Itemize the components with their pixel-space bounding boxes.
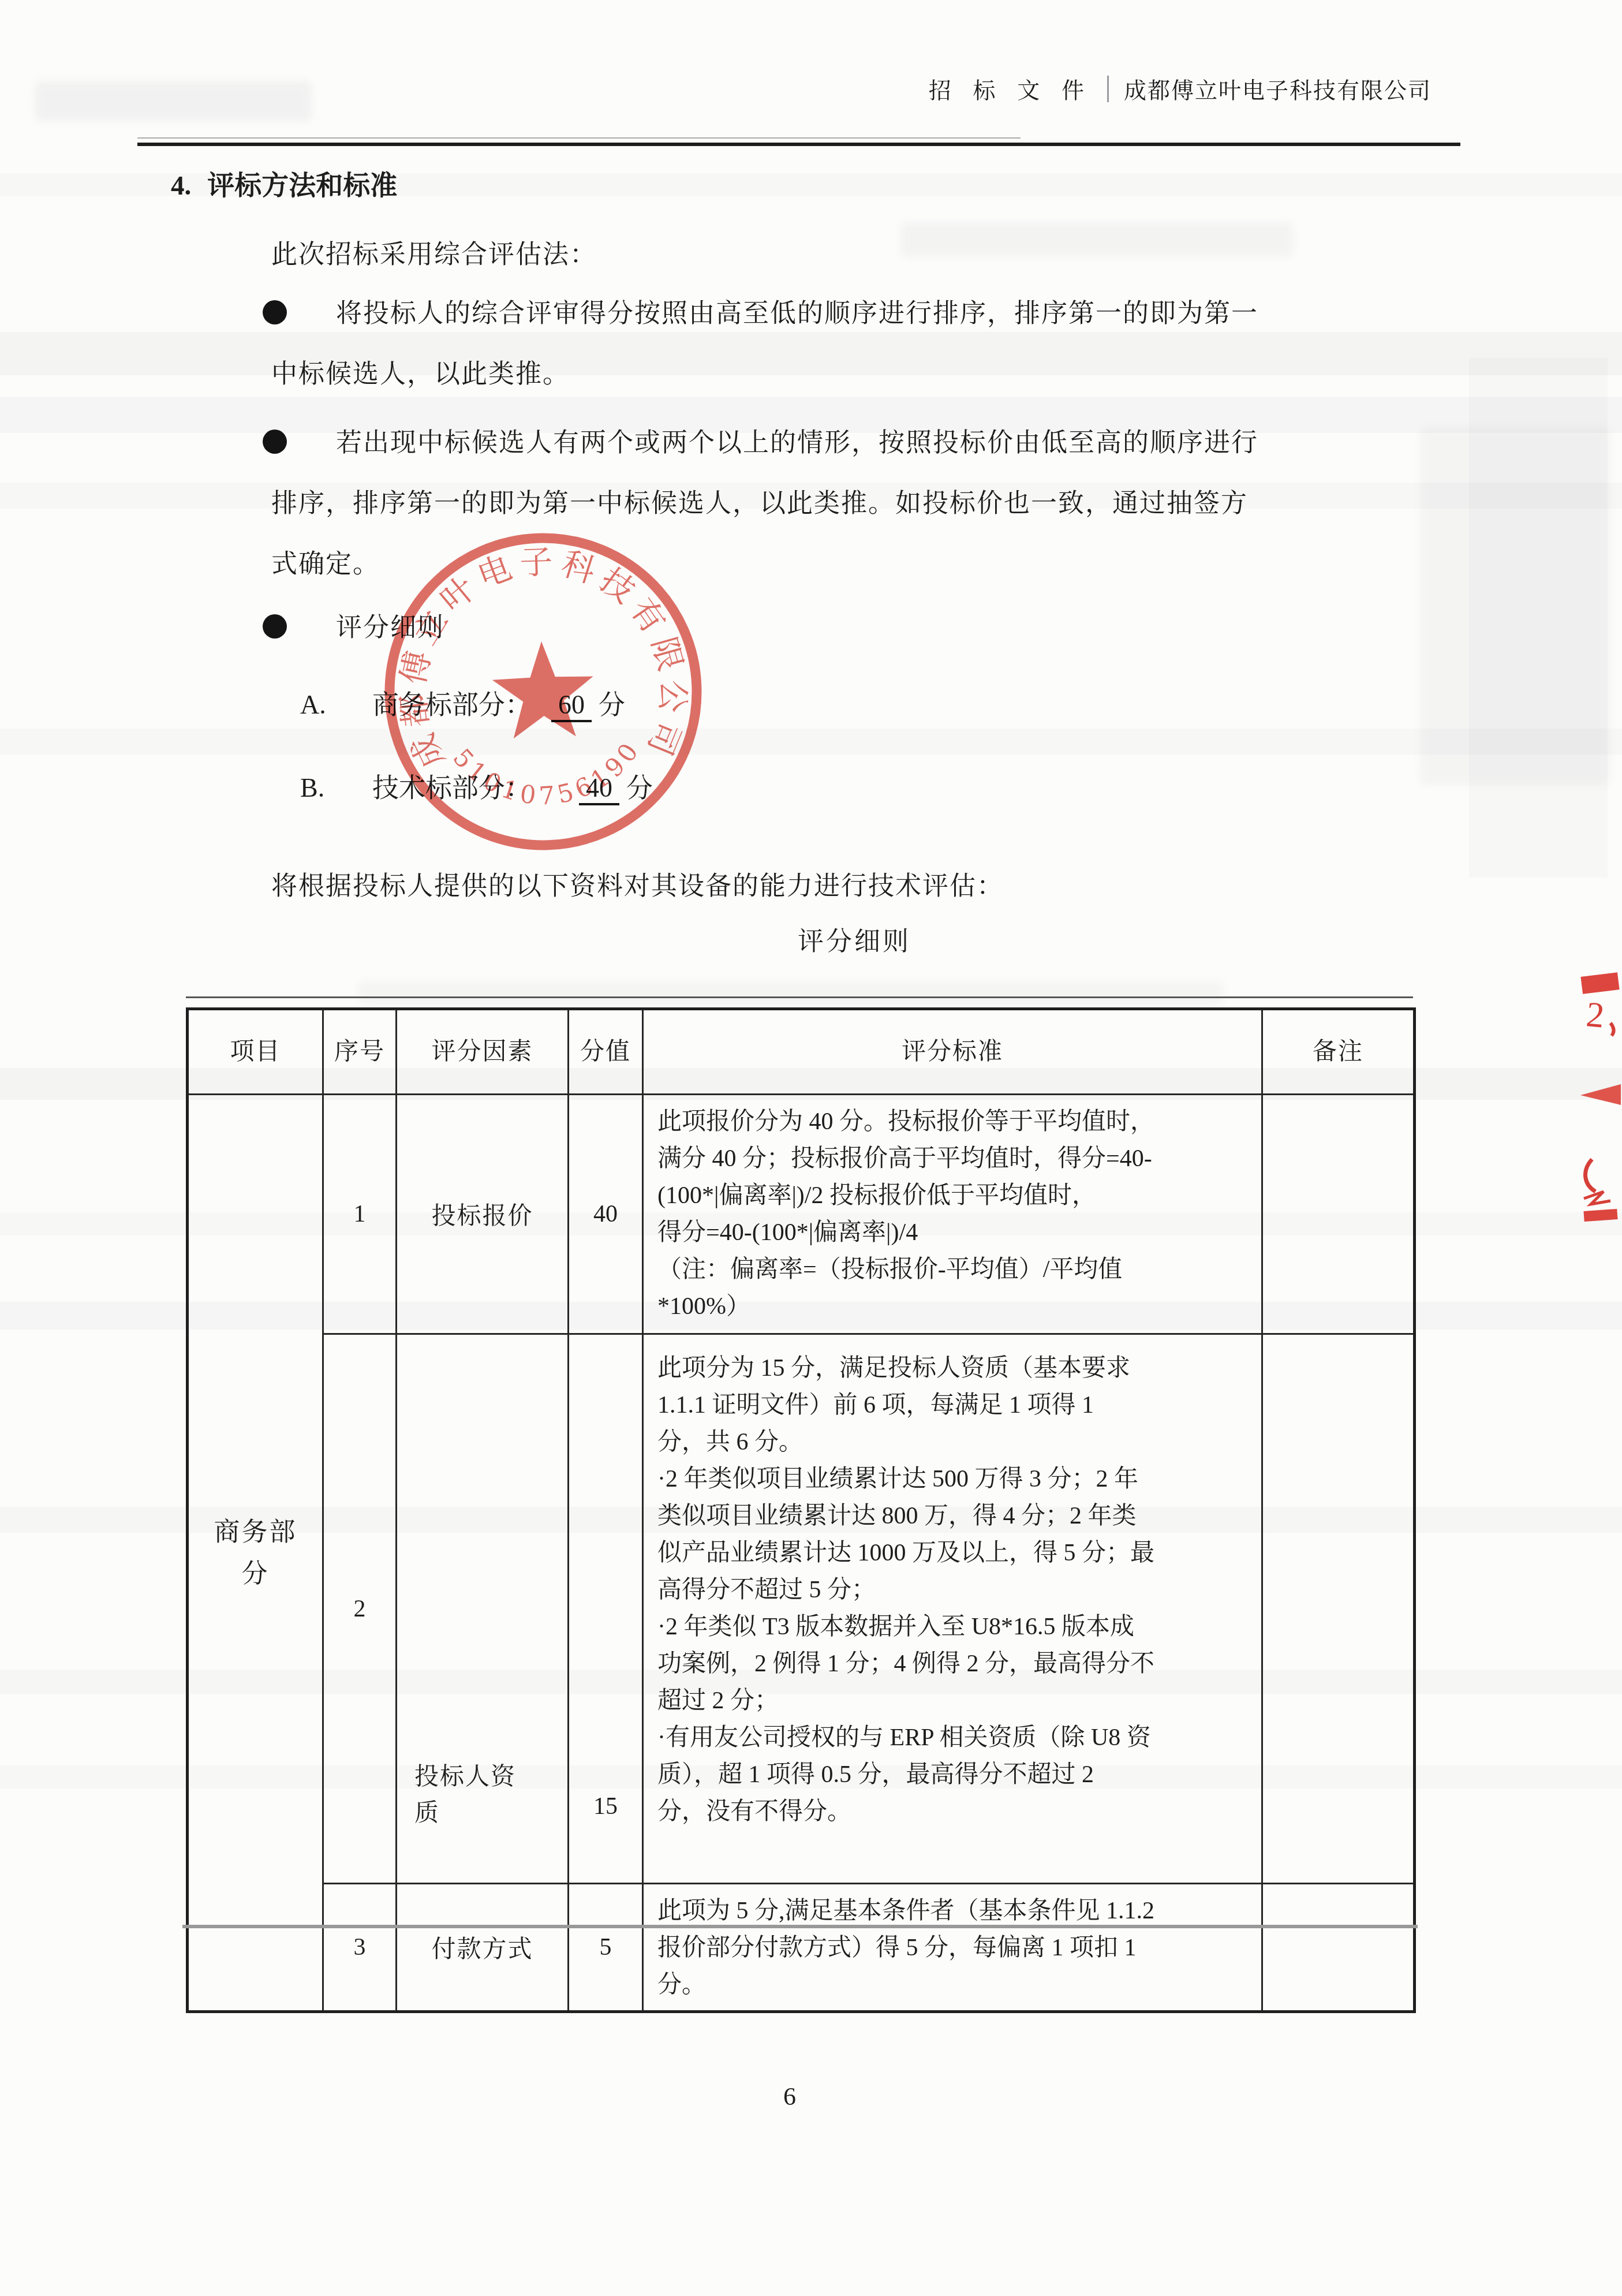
red-tick-mark [1610, 1023, 1614, 1036]
red-bar-mark [1583, 1209, 1617, 1222]
no-cell: 1 [323, 1095, 397, 1334]
table-row: 3 付款方式 5 此项为 5 分,满足基本条件者（基本条件见 1.1.2 报价部… [188, 1884, 1415, 2012]
handwritten-number: 2 [1584, 995, 1606, 1035]
header-score: 分值 [569, 1009, 643, 1095]
section-heading: 4.评标方法和标准 [171, 164, 397, 203]
scoring-table: 项目 序号 评分因素 分值 评分标准 备注 商务部分 1 投标报价 40 此项报… [186, 1007, 1416, 2013]
bullet2-line3: 式确定。 [271, 543, 380, 580]
bleedthrough-ghost [35, 81, 312, 121]
item-b-label: B. [300, 772, 372, 803]
table-row: 商务部分 1 投标报价 40 此项报价分为 40 分。投标报价等于平均值时， 满… [188, 1095, 1415, 1334]
header-divider [1107, 76, 1109, 102]
page-number: 6 [0, 2082, 1601, 2111]
scan-band [0, 729, 1622, 755]
table-bottom-echo-line [182, 1925, 1418, 1928]
section-number: 4. [171, 171, 191, 201]
group-cell: 商务部分 [188, 1095, 323, 2012]
document-page: 招 标 文 件 成都傅立叶电子科技有限公司 4.评标方法和标准 此次招标采用综合… [0, 0, 1622, 2296]
table-header-row: 项目 序号 评分因素 分值 评分标准 备注 [188, 1009, 1415, 1095]
bullet-icon [263, 614, 287, 639]
red-arrow-mark [1580, 1084, 1621, 1105]
factor-cell: 投标报价 [397, 1095, 569, 1334]
bullet-icon [263, 300, 287, 324]
scan-band-vertical [1469, 358, 1608, 878]
red-scribble-mark [1584, 1192, 1610, 1204]
score-cell: 15 [569, 1334, 643, 1884]
score-cell: 5 [569, 1884, 643, 2012]
remark-cell [1262, 1334, 1415, 1884]
table-top-double-line [186, 996, 1413, 998]
header-remark: 备注 [1262, 1009, 1415, 1095]
factor-cell: 投标人资质 [397, 1334, 569, 1884]
factor-label: 投标人资质 [414, 1759, 524, 1832]
table-caption: 评分细则 [241, 920, 1468, 958]
page-header: 招 标 文 件 成都傅立叶电子科技有限公司 [929, 73, 1432, 105]
margin-annotations: 2 [1557, 958, 1622, 1230]
header-criteria: 评分标准 [643, 1009, 1262, 1095]
bullet2-line1: 若出现中标候选人有两个或两个以上的情形，按照投标价由低至高的顺序进行 [336, 421, 1258, 459]
intro-paragraph: 此次招标采用综合评估法： [271, 233, 597, 271]
header-factor: 评分因素 [397, 1009, 569, 1095]
red-block-mark [1580, 972, 1619, 994]
group-label: 商务部分 [212, 1511, 300, 1595]
red-curve-mark [1586, 1159, 1595, 1192]
score-cell: 40 [569, 1095, 643, 1334]
bleedthrough-ghost [1420, 427, 1610, 785]
bullet1-line2: 中标候选人，以此类推。 [271, 353, 570, 390]
criteria-cell: 此项为 5 分,满足基本条件者（基本条件见 1.1.2 报价部分付款方式）得 5… [643, 1884, 1262, 2012]
doc-type-label: 招 标 文 件 [929, 73, 1092, 105]
remark-cell [1262, 1095, 1415, 1334]
criteria-cell: 此项分为 15 分，满足投标人资质（基本要求 1.1.1 证明文件）前 6 项，… [643, 1334, 1262, 1884]
bullet2-line2: 排序，排序第一的即为第一中标候选人，以此类推。如投标价也一致，通过抽签方 [271, 482, 1248, 520]
header-rule [137, 143, 1460, 146]
company-name: 成都傅立叶电子科技有限公司 [1124, 73, 1432, 105]
scan-band [0, 332, 1622, 375]
bleedthrough-ghost [358, 981, 1224, 1005]
item-a-label: A. [300, 689, 372, 720]
company-seal-stamp: 成都傅立叶电子科技有限公司 5101075619023 [364, 513, 723, 871]
header-project: 项目 [188, 1009, 323, 1095]
header-rule-echo [137, 137, 1021, 139]
bullet-icon [263, 430, 287, 454]
no-cell: 3 [323, 1884, 397, 2012]
bullet1-line1: 将投标人的综合评审得分按照由高至低的顺序进行排序，排序第一的即为第一 [336, 292, 1258, 330]
seal-star-icon [491, 640, 596, 739]
remark-cell [1262, 1884, 1415, 2012]
criteria-cell: 此项报价分为 40 分。投标报价等于平均值时， 满分 40 分；投标报价高于平均… [643, 1095, 1262, 1334]
table-row: 2 投标人资质 15 此项分为 15 分，满足投标人资质（基本要求 1.1.1 … [188, 1334, 1415, 1884]
bleedthrough-ghost [900, 222, 1293, 257]
no-cell: 2 [323, 1334, 397, 1884]
factor-cell: 付款方式 [397, 1884, 569, 2012]
header-no: 序号 [323, 1009, 397, 1095]
section-title: 评标方法和标准 [207, 171, 397, 201]
